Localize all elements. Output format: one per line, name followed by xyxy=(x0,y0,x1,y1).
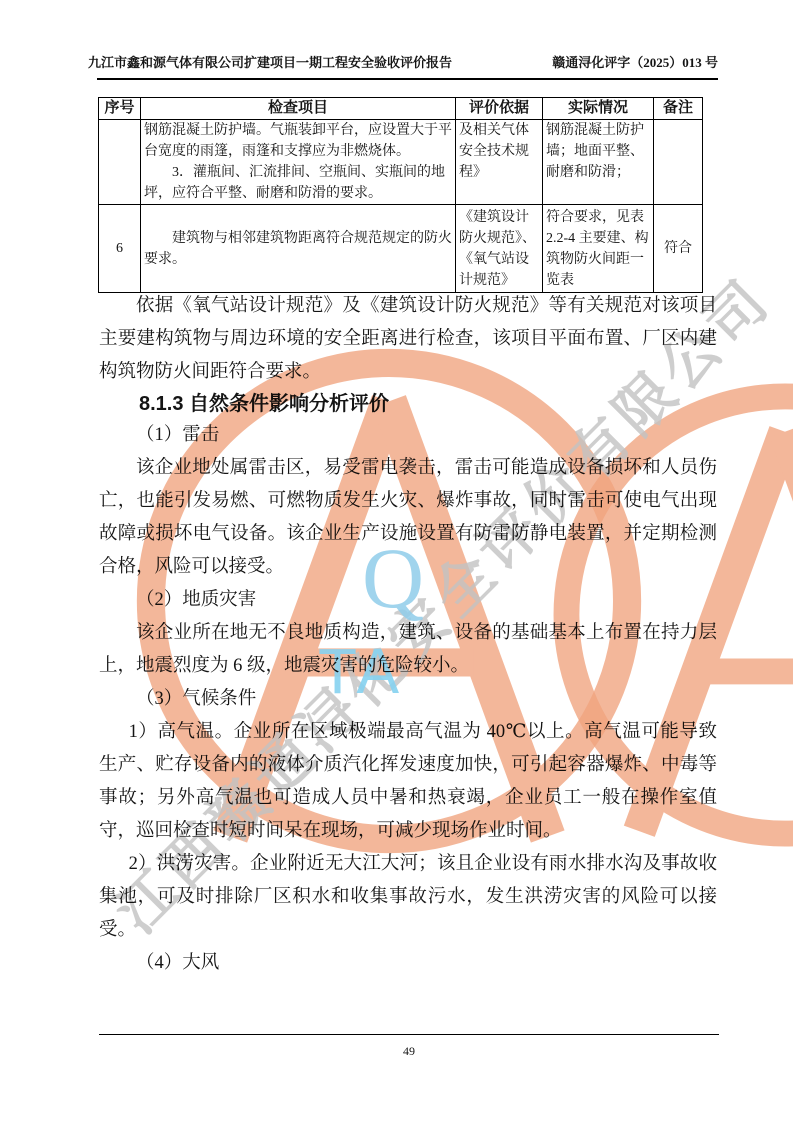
cell-basis: 《建筑设计防火规范》、《氧气站设计规范》 xyxy=(456,205,543,293)
cell-note: 符合 xyxy=(654,205,703,293)
page-number: 49 xyxy=(99,1044,719,1059)
table-row: 6 建筑物与相邻建筑物距离符合规范规定的防火要求。 《建筑设计防火规范》、《氧气… xyxy=(99,205,703,293)
cell-actual: 符合要求，见表2.2-4 主要建、构筑物防火间距一览表 xyxy=(543,205,654,293)
check-item-text: 钢筋混凝土防护墙。气瓶装卸平台，应设置大于平台宽度的雨篷，雨篷和支撑应为非燃烧体… xyxy=(144,120,452,162)
header-report-title: 九江市鑫和源气体有限公司扩建项目一期工程安全验收评价报告 xyxy=(88,52,452,71)
check-item-text: 建筑物与相邻建筑物距离符合规范规定的防火要求。 xyxy=(144,228,452,270)
cell-seq: 6 xyxy=(99,205,141,293)
page-header: 九江市鑫和源气体有限公司扩建项目一期工程安全验收评价报告 赣通浔化评字（2025… xyxy=(88,52,718,71)
report-page: 九江市鑫和源气体有限公司扩建项目一期工程安全验收评价报告 赣通浔化评字（2025… xyxy=(0,0,793,1122)
col-header-basis: 评价依据 xyxy=(456,98,543,120)
subsection-title-lightning: （1）雷击 xyxy=(99,419,717,452)
footer-rule xyxy=(99,1034,719,1035)
body-text: 依据《氧气站设计规范》及《建筑设计防火规范》等有关规范对该项目主要建构筑物与周边… xyxy=(99,290,717,980)
table-row: 钢筋混凝土防护墙。气瓶装卸平台，应设置大于平台宽度的雨篷，雨篷和支撑应为非燃烧体… xyxy=(99,120,703,205)
cell-seq xyxy=(99,120,141,205)
col-header-seq: 序号 xyxy=(99,98,141,120)
table-header-row: 序号 检查项目 评价依据 实际情况 备注 xyxy=(99,98,703,120)
paragraph-lightning: 该企业地处属雷击区，易受雷电袭击，雷击可能造成设备损坏和人员伤亡，也能引发易燃、… xyxy=(99,452,717,584)
col-header-actual: 实际情况 xyxy=(543,98,654,120)
header-rule xyxy=(97,78,718,80)
cell-note xyxy=(654,120,703,205)
cell-basis: 及相关气体安全技术规程》 xyxy=(456,120,543,205)
cell-check-item: 钢筋混凝土防护墙。气瓶装卸平台，应设置大于平台宽度的雨篷，雨篷和支撑应为非燃烧体… xyxy=(141,120,456,205)
paragraph-flood: 2）洪涝灾害。企业附近无大江大河；该且企业设有雨水排水沟及事故收集池，可及时排除… xyxy=(99,848,717,947)
paragraph-high-temperature: 1）高气温。企业所在区域极端最高气温为 40℃以上。高气温可能导致生产、贮存设备… xyxy=(99,716,717,848)
header-doc-number: 赣通浔化评字（2025）013 号 xyxy=(552,52,718,71)
cell-check-item: 建筑物与相邻建筑物距离符合规范规定的防火要求。 xyxy=(141,205,456,293)
subsection-title-geology: （2）地质灾害 xyxy=(99,584,717,617)
cell-actual: 钢筋混凝土防护墙；地面平整、耐磨和防滑； xyxy=(543,120,654,205)
section-heading-8-1-3: 8.1.3 自然条件影响分析评价 xyxy=(99,389,717,419)
paragraph-fire-distance: 依据《氧气站设计规范》及《建筑设计防火规范》等有关规范对该项目主要建构筑物与周边… xyxy=(99,290,717,389)
check-item-text: 3．灌瓶间、汇流排间、空瓶间、实瓶间的地坪，应符合平整、耐磨和防滑的要求。 xyxy=(144,162,452,204)
subsection-title-climate: （3）气候条件 xyxy=(99,683,717,716)
subsection-title-wind: （4）大风 xyxy=(99,947,717,980)
paragraph-geology: 该企业所在地无不良地质构造，建筑、设备的基础基本上布置在持力层上，地震烈度为 6… xyxy=(99,617,717,683)
col-header-item: 检查项目 xyxy=(141,98,456,120)
inspection-table: 序号 检查项目 评价依据 实际情况 备注 钢筋混凝土防护墙。气瓶装卸平台，应设置… xyxy=(98,97,703,293)
col-header-note: 备注 xyxy=(654,98,703,120)
